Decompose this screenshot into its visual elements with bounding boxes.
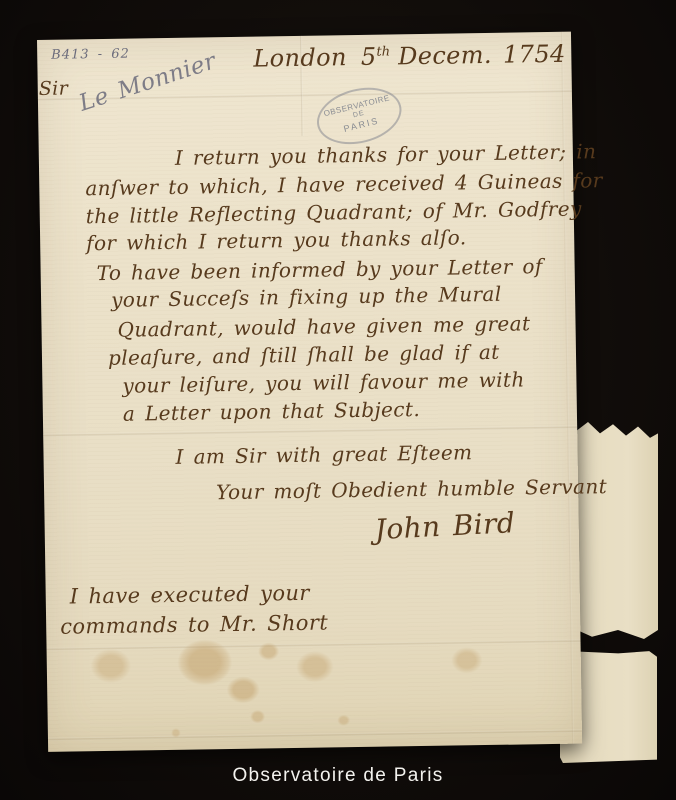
caption-bar: Observatoire de Paris: [0, 756, 676, 800]
date-month-year: Decem. 1754: [398, 40, 566, 71]
body-line: Quadrant, would have given me great: [117, 311, 530, 341]
date-day: 5: [361, 43, 377, 71]
body-line: anſwer to which, I have received 4 Guine…: [85, 168, 603, 200]
postscript-line: commands to Mr. Short: [60, 611, 328, 639]
letter-sheet: B413 - 62 Sir Le Monnier London5thDecem.…: [37, 32, 582, 752]
body-line: your leiſure, you will favour me with: [122, 367, 525, 397]
body-line: To have been informed by your Letter of: [96, 254, 542, 285]
body-line: for which I return you thanks alſo.: [86, 225, 467, 255]
fold-crease: [47, 640, 581, 651]
edge-fold: [561, 32, 574, 744]
photo-background: B413 - 62 Sir Le Monnier London5thDecem.…: [0, 0, 676, 800]
body-line: your Succeſs in fixing up the Mural: [111, 282, 502, 312]
dateline: London5thDecem. 1754: [253, 40, 566, 73]
signature: John Bird: [374, 506, 516, 546]
fold-crease: [43, 426, 577, 437]
stamp-line-bottom: PARIS: [342, 115, 380, 135]
body-line: a Letter upon that Subject.: [123, 397, 421, 426]
caption-text: Observatoire de Paris: [0, 765, 676, 787]
postscript-line: I have executed your: [70, 581, 310, 609]
body-line: I return you thanks for your Letter; in: [175, 139, 597, 170]
salutation: Sir: [39, 78, 69, 100]
archive-reference: B413 - 62: [51, 47, 130, 63]
date-suffix: th: [376, 44, 390, 59]
closing-line-2: Your moſt Obedient humble Servant: [216, 474, 607, 504]
closing-line-1: I am Sir with great Eſteem: [175, 440, 472, 469]
fold-crease: [48, 730, 582, 741]
date-place: London: [253, 43, 347, 72]
body-line: pleaſure, and ſtill ſhall be glad if at: [108, 340, 500, 370]
body-line: the little Reflecting Quadrant; of Mr. G…: [86, 196, 582, 228]
